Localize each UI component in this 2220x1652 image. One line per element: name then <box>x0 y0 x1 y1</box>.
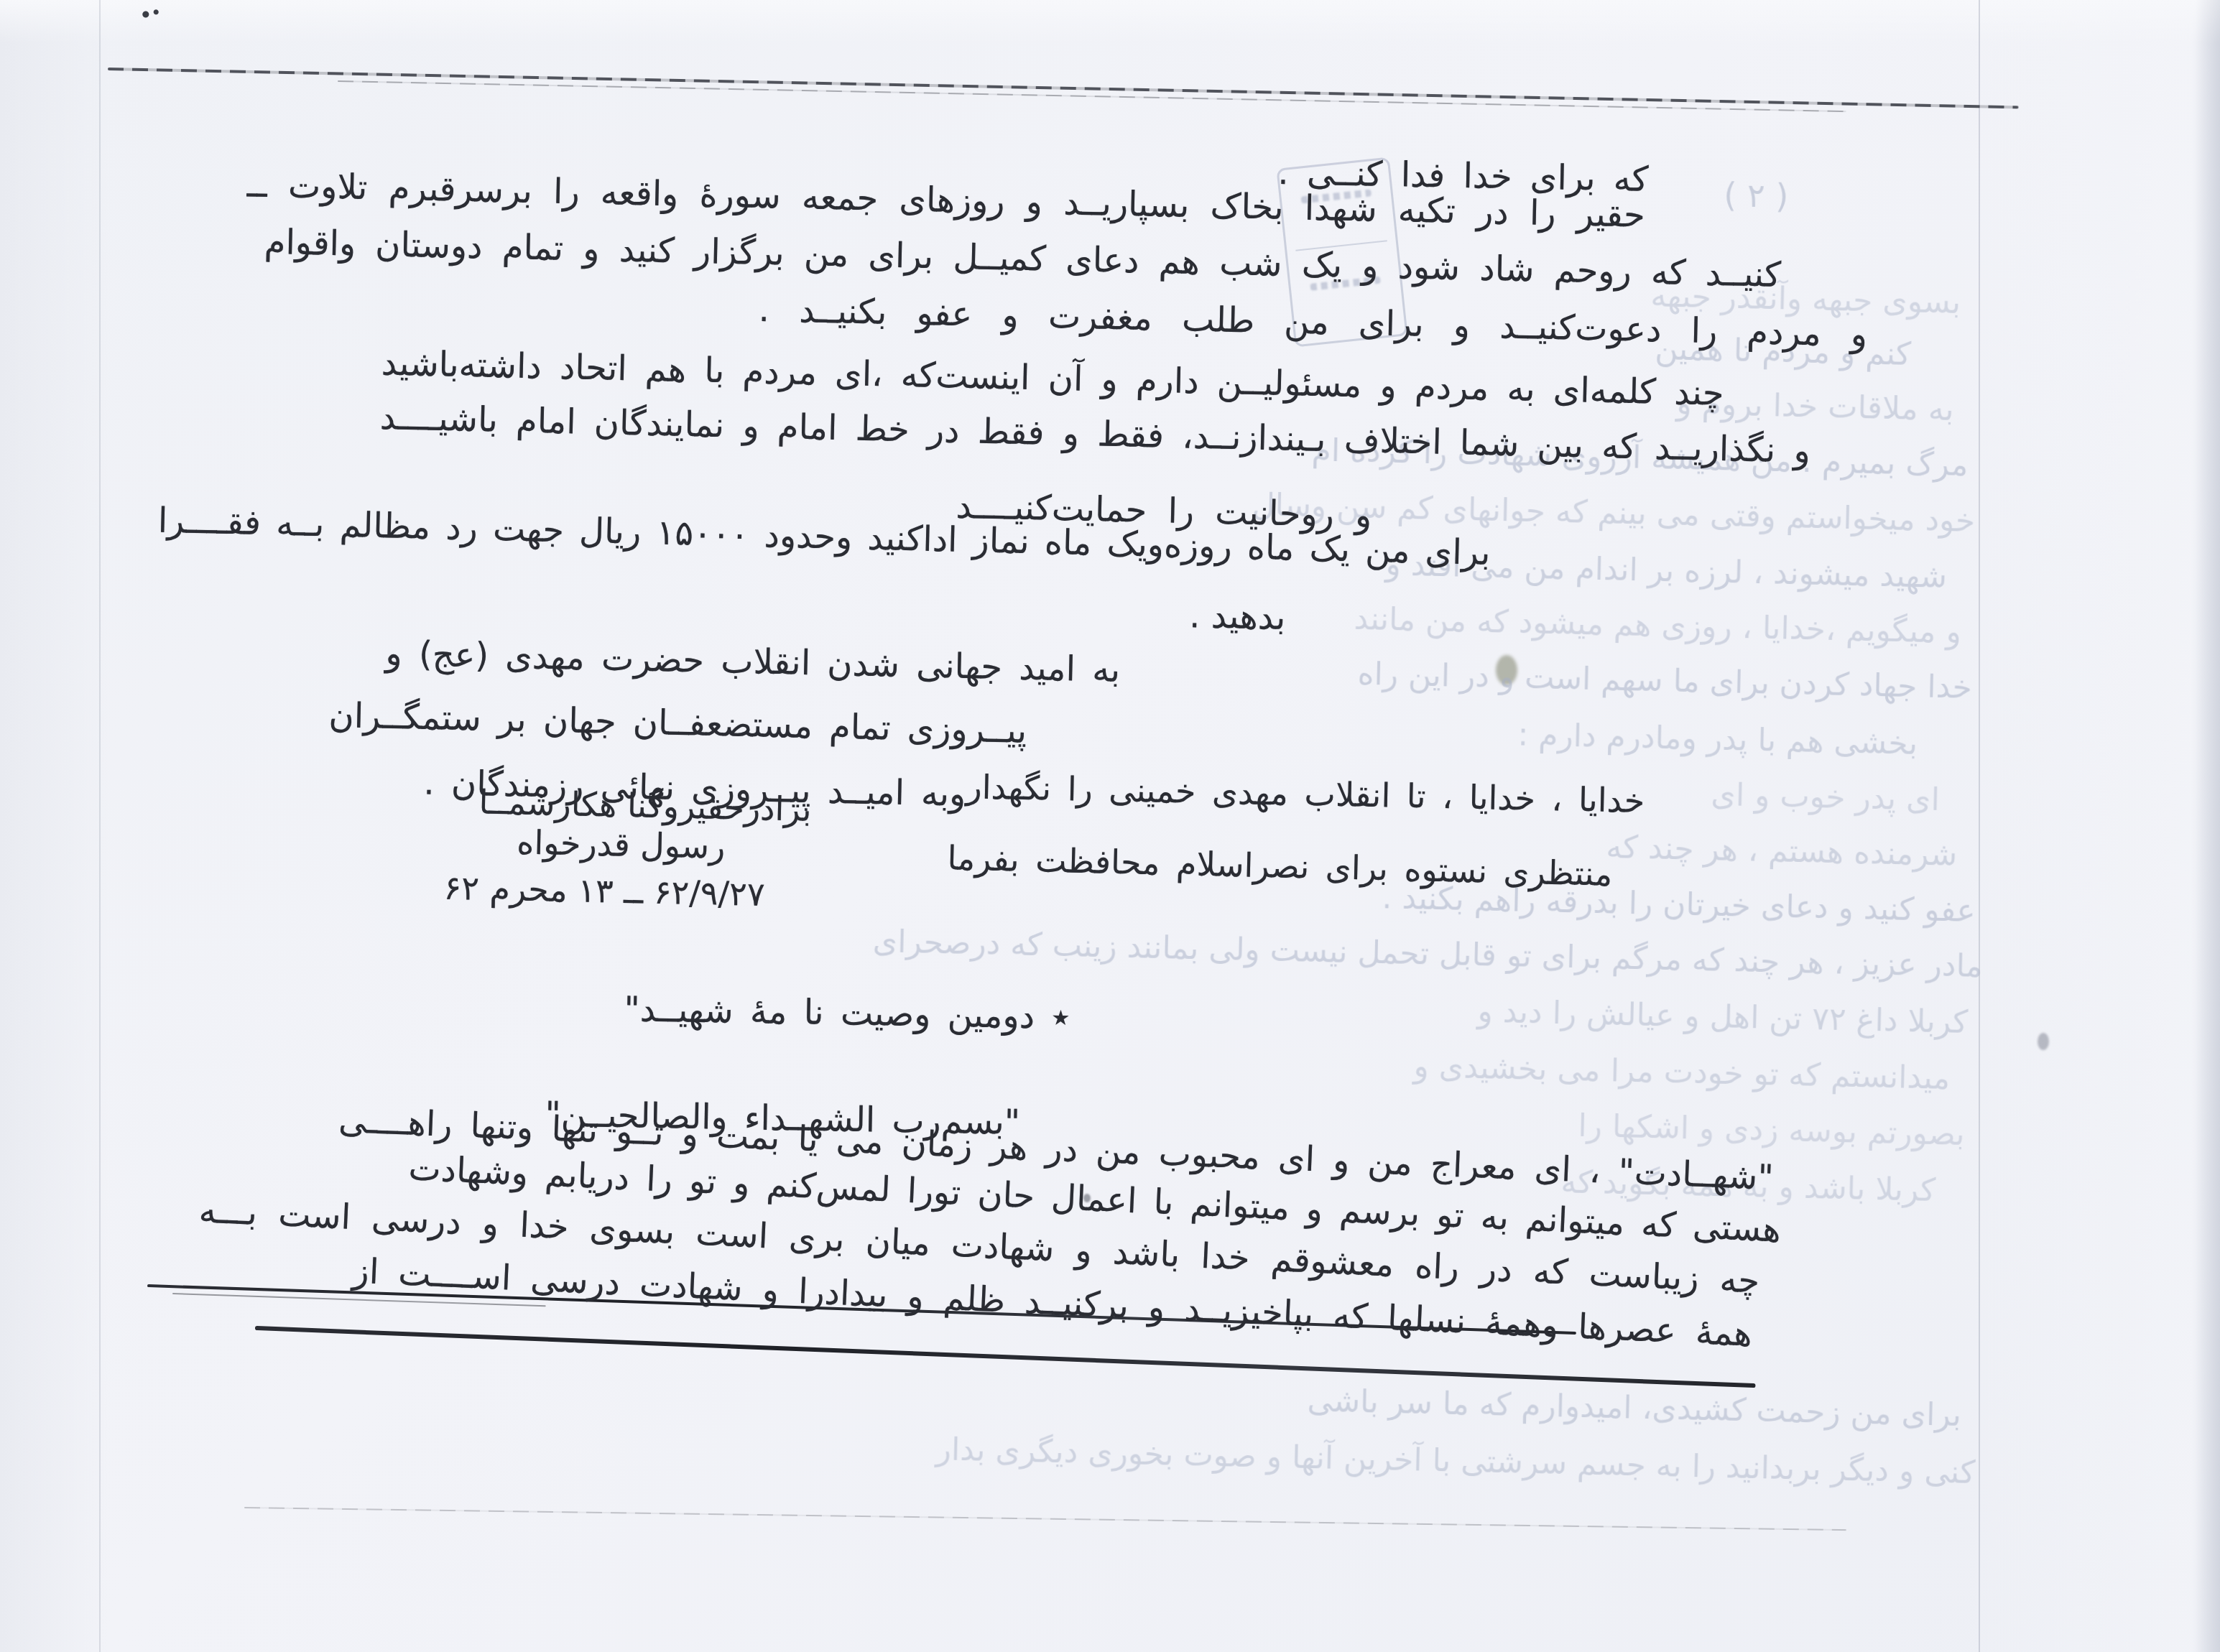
fold-line-left <box>99 0 101 1652</box>
signature-prayer-line: منتظری نستوه برای نصراسلام محافظت بفرما <box>947 838 1613 894</box>
bleedthrough-line: ای پدر خوب و ای <box>1710 776 1940 818</box>
bleedthrough-line: میدانستم که تو خودت مرا می بخشیدی و <box>1413 1048 1951 1097</box>
bleedthrough-line: بصورتم بوسه زدی و اشکها را <box>1578 1108 1965 1153</box>
bleedthrough-line: کربلا داغ ۷۲ تن اهل و عیالش را دید و <box>1477 993 1969 1041</box>
ink-speck <box>138 9 164 20</box>
second-will-title: ٭ دومین وصیت نا مهٔ شهیــد" <box>624 989 1070 1037</box>
bleedthrough-line: مادر عزیز ، هر چند که مرگم برای تو قابل … <box>872 923 1983 985</box>
bleedthrough-line: شرمنده هستم ، هر چند که <box>1606 829 1958 873</box>
bleedthrough-line: و میگویم ،خدایا ، روزی هم میشود که من ما… <box>1354 600 1961 651</box>
bleedthrough-line: کنی و دیگر بربدانید را به جسم سرشتی با آ… <box>935 1431 1976 1491</box>
page-number-faint: ( ۲ ) <box>1724 175 1789 215</box>
fold-line-right <box>1979 0 1980 1652</box>
will-line: پیــروزی تمام مستضعفــان جهان بر ستمگــر… <box>328 695 1027 751</box>
signature-signoff: برادرحقیروگنا هکارشمــا <box>478 782 812 828</box>
bleedthrough-line: برای من زحمت کشیدی، امیدوارم که ما سر با… <box>1307 1382 1961 1434</box>
bleedthrough-line: بخشی هم با پدر ومادرم دارم : <box>1517 716 1918 762</box>
scanned-will-page: ( ۲ ) بسوی جبهه وآنقدر جبهه کنم و مردم ت… <box>0 0 2220 1652</box>
scan-streak-echo <box>338 80 1846 112</box>
signer-name: رسول قدرخواه <box>517 822 726 866</box>
will-line: بدهید . <box>1189 595 1286 638</box>
scan-streak-bottom <box>244 1507 1846 1531</box>
scan-edge-shadow <box>2196 0 2220 1652</box>
signature-prayer-line: خدایا ، خدایا ، تا انقلاب مهدی خمینی را … <box>966 767 1645 820</box>
will-line: به امید جهانی شدن انقلاب حضرت مهدی (عج) … <box>385 634 1121 690</box>
ink-speck <box>2038 1033 2049 1050</box>
bleedthrough-line: خدا جهاد کردن برای ما سهم است و در این ر… <box>1357 656 1972 706</box>
scan-streak <box>108 68 2019 108</box>
will-date: ۶۲/۹/۲۷ ــ ۱۳ محرم ۶۲ <box>443 868 765 914</box>
